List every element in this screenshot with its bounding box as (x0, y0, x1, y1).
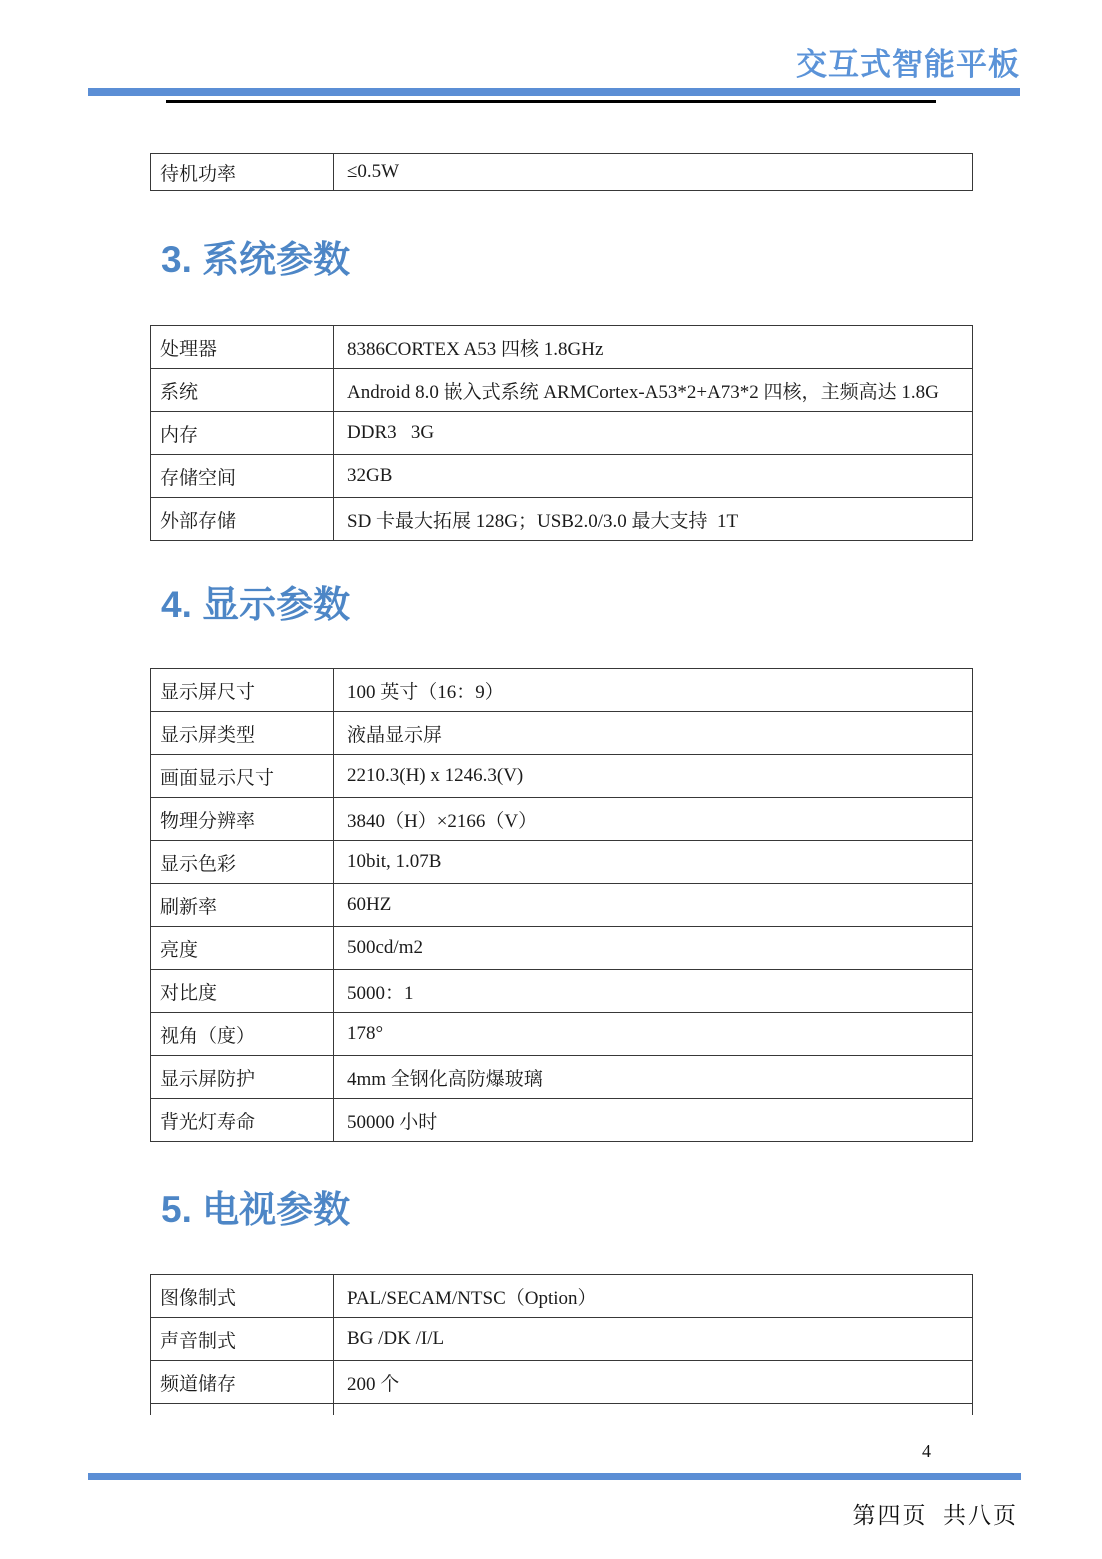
footer-page-label: 第四页 共八页 (853, 1501, 1019, 1531)
table-row: 外部存储SD 卡最大拓展 128G；USB2.0/3.0 最大支持 1T (151, 498, 972, 541)
spec-value: 500cd/m2 (334, 927, 972, 969)
spec-value: 200 个 (334, 1361, 972, 1403)
table-row: 亮度500cd/m2 (151, 927, 972, 970)
spec-value: 100 英寸（16：9） (334, 669, 972, 711)
spec-value: 32GB (334, 455, 972, 497)
table-row: 视角（度）178° (151, 1013, 972, 1056)
display-params-table: 显示屏尺寸100 英寸（16：9）显示屏类型液晶显示屏画面显示尺寸2210.3(… (150, 668, 973, 1142)
spec-value: SD 卡最大拓展 128G；USB2.0/3.0 最大支持 1T (334, 498, 972, 540)
spec-label: 背光灯寿命 (151, 1099, 334, 1141)
table-row: 声音制式BG /DK /I/L (151, 1318, 972, 1361)
table-row: 频道储存200 个 (151, 1361, 972, 1404)
spec-value: DDR3 3G (334, 412, 972, 454)
spec-value: 5000：1 (334, 970, 972, 1012)
table-row: 系统Android 8.0 嵌入式系统 ARMCortex-A53*2+A73*… (151, 369, 972, 412)
spec-label: 外部存储 (151, 498, 334, 540)
spec-value: 178° (334, 1013, 972, 1055)
spec-label: 图像制式 (151, 1275, 334, 1317)
spec-value: Android 8.0 嵌入式系统 ARMCortex-A53*2+A73*2 … (334, 369, 972, 411)
table-row: 图像制式PAL/SECAM/NTSC（Option） (151, 1275, 972, 1318)
spec-value: BG /DK /I/L (334, 1318, 972, 1360)
spec-label: 亮度 (151, 927, 334, 969)
table-row: 画面显示尺寸2210.3(H) x 1246.3(V) (151, 755, 972, 798)
standby-power-table: 待机功率≤0.5W (150, 153, 973, 191)
spec-label: 声音制式 (151, 1318, 334, 1360)
spec-value: PAL/SECAM/NTSC（Option） (334, 1275, 972, 1317)
spec-label: 显示屏防护 (151, 1056, 334, 1098)
table-column-divider (333, 1403, 335, 1415)
spec-label: 刷新率 (151, 884, 334, 926)
spec-value: 50000 小时 (334, 1099, 972, 1141)
table-row: 对比度5000：1 (151, 970, 972, 1013)
spec-label: 存储空间 (151, 455, 334, 497)
spec-value: 液晶显示屏 (334, 712, 972, 754)
spec-label: 频道储存 (151, 1361, 334, 1403)
spec-label: 对比度 (151, 970, 334, 1012)
header-accent-bar (88, 88, 1020, 96)
table-row: 背光灯寿命50000 小时 (151, 1099, 972, 1142)
table-row: 处理器8386CORTEX A53 四核 1.8GHz (151, 326, 972, 369)
spec-label: 待机功率 (151, 154, 334, 190)
spec-label: 物理分辨率 (151, 798, 334, 840)
spec-label: 画面显示尺寸 (151, 755, 334, 797)
spec-label: 显示屏类型 (151, 712, 334, 754)
page-number: 4 (922, 1441, 931, 1463)
table-row: 存储空间32GB (151, 455, 972, 498)
table-row: 显示屏尺寸100 英寸（16：9） (151, 669, 972, 712)
spec-label: 显示色彩 (151, 841, 334, 883)
table-row: 刷新率60HZ (151, 884, 972, 927)
spec-value: 3840（H）×2166（V） (334, 798, 972, 840)
table-row: 显示屏防护4mm 全钢化高防爆玻璃 (151, 1056, 972, 1099)
table-row: 内存DDR3 3G (151, 412, 972, 455)
table-row: 物理分辨率3840（H）×2166（V） (151, 798, 972, 841)
spec-label: 系统 (151, 369, 334, 411)
spec-value: 4mm 全钢化高防爆玻璃 (334, 1056, 972, 1098)
system-params-table: 处理器8386CORTEX A53 四核 1.8GHz系统Android 8.0… (150, 325, 973, 541)
header-rule (166, 100, 936, 103)
section-heading-tv: 5. 电视参数 (161, 1188, 350, 1232)
table-row: 待机功率≤0.5W (151, 154, 972, 191)
spec-label: 显示屏尺寸 (151, 669, 334, 711)
spec-value: ≤0.5W (334, 154, 972, 190)
spec-label: 处理器 (151, 326, 334, 368)
tv-params-table: 图像制式PAL/SECAM/NTSC（Option）声音制式BG /DK /I/… (150, 1274, 973, 1404)
section-heading-display: 4. 显示参数 (161, 583, 350, 627)
footer-accent-bar (88, 1473, 1021, 1480)
spec-value: 8386CORTEX A53 四核 1.8GHz (334, 326, 972, 368)
spec-label: 视角（度） (151, 1013, 334, 1055)
spec-value: 60HZ (334, 884, 972, 926)
spec-value: 2210.3(H) x 1246.3(V) (334, 755, 972, 797)
table-row: 显示色彩10bit, 1.07B (151, 841, 972, 884)
section-heading-system: 3. 系统参数 (161, 238, 350, 282)
spec-label: 内存 (151, 412, 334, 454)
table-row: 显示屏类型液晶显示屏 (151, 712, 972, 755)
tv-table-partial-row (150, 1403, 973, 1415)
document-title: 交互式智能平板 (796, 46, 1020, 83)
document-page: 交互式智能平板 待机功率≤0.5W 3. 系统参数 处理器8386CORTEX … (0, 0, 1102, 1559)
spec-value: 10bit, 1.07B (334, 841, 972, 883)
